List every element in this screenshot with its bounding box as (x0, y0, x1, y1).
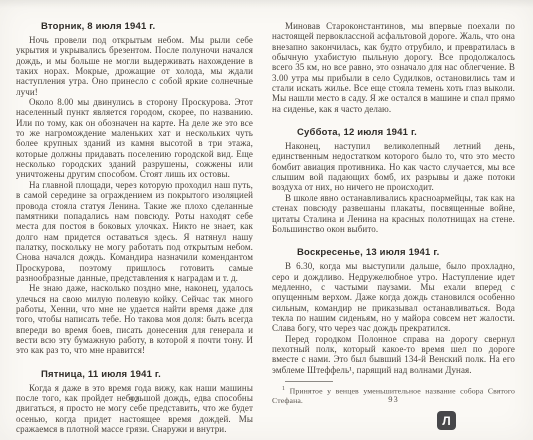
entry-heading: Вторник, 8 июля 1941 г. (16, 21, 253, 32)
entry-paragraph: В школе явно останавливались красноармей… (272, 193, 515, 234)
footnote-divider (285, 381, 333, 382)
entry-paragraph: Наконец, наступил великолепный летний де… (272, 141, 515, 193)
page-number-left: 92 (16, 394, 253, 404)
entry-heading: Суббота, 12 июля 1941 г. (272, 127, 515, 138)
page-right: Миновав Староконстантинов, мы впервые по… (272, 21, 515, 405)
entry-paragraph: На главной площади, через которую проход… (16, 180, 253, 283)
entry-paragraph: Перед городком Полонное справа на дорогу… (272, 334, 515, 375)
labirint-logo: Л (437, 411, 456, 430)
entry-paragraph: Когда я даже в это время года вижу, как … (16, 383, 253, 435)
entry-heading: Пятница, 11 июля 1941 г. (16, 369, 253, 380)
entry-paragraph: Не знаю даже, насколько поздно мне, нако… (16, 283, 253, 355)
page-left: Вторник, 8 июля 1941 г. Ночь провели под… (16, 21, 253, 434)
entry-paragraph: Ночь провели под открытым небом. Мы рыли… (16, 35, 253, 97)
entry-heading: Воскресенье, 13 июля 1941 г. (272, 247, 515, 258)
entry-paragraph: Около 8.00 мы двинулись в сторону Проску… (16, 97, 253, 180)
entry-paragraph: Миновав Староконстантинов, мы впервые по… (272, 21, 515, 114)
book-spread: Вторник, 8 июля 1941 г. Ночь провели под… (0, 0, 533, 440)
logo-letter: Л (442, 415, 450, 427)
page-number-right: 93 (272, 394, 515, 404)
entry-paragraph: В 6.30, когда мы выступили дальше, было … (272, 261, 515, 333)
